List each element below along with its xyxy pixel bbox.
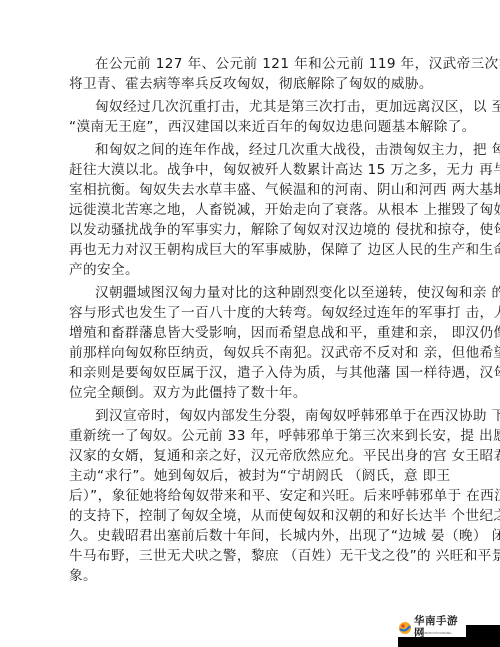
paragraph-1-line-1: 在公元前 127 年、公元前 121 年和公元前 119 年，汉武帝三次派 大	[95, 55, 500, 74]
paragraph-5-line-2: 重新统一了匈奴。公元前 33 年，呼韩邪单于第三次来到长安，提 出愿做	[69, 427, 500, 446]
paragraph-5-line-1: 到汉宣帝时，匈奴内部发生分裂，南匈奴呼韩邪单于在西汉协助 下，	[95, 407, 500, 426]
paragraph-2-line-1: 匈奴经过几次沉重打击，尤其是第三次打击，更加远离汉区，以 至	[95, 98, 500, 117]
paragraph-3-line-7: 产的安全。	[69, 261, 139, 280]
paragraph-5-line-9: 象。	[69, 567, 97, 586]
paragraph-3-line-6: 再也无力对汉王朝构成巨大的军事威胁，保障了 边区人民的生产和生命财	[69, 241, 500, 260]
paragraph-3-line-1: 和匈奴之间的连年作战，经过几次重大战役，击溃匈奴主力，把 匈奴	[95, 141, 500, 160]
site-watermark: 华南手游网 HUANANSHOUYOUWANG	[398, 618, 500, 647]
watermark-title: 华南手游网	[414, 615, 466, 639]
paragraph-3-line-3: 室相抗衡。匈奴失去水草丰盛、气候温和的河南、阴山和河西 两大基地，	[69, 181, 500, 200]
paragraph-5-line-5: 后）”，象征她将给匈奴带来和平、安定和兴旺。后来呼韩邪单于 在西汉	[69, 487, 500, 506]
paragraph-4-line-1: 汉朝疆域图汉匈力量对比的这种剧烈变化以至递转，使汉匈和亲 的内	[95, 284, 500, 303]
paragraph-3-line-4: 远徙漠北苦寒之地，人畜锐减，开始走向了衰落。从根本 上摧毁了匈奴赖	[69, 201, 500, 220]
paragraph-3-line-5: 以发动骚扰战争的军事实力，解除了匈奴对汉边境的 侵扰和掠夺，使匈奴	[69, 221, 500, 240]
paragraph-2-line-2: “漠南无王庭”，西汉建国以来近百年的匈奴边患问题基本解除了。	[69, 118, 476, 137]
paragraph-4-line-4: 前那样向匈奴称臣纳贡，匈奴兵不南犯。汉武帝不反对和 亲，但他希望的	[69, 344, 500, 363]
paragraph-3-line-2: 赶往大漠以北。战争中，匈奴被歼人数累计高达 15 万之多，无力 再与汉	[69, 161, 500, 180]
paragraph-4-line-5: 和亲则是要匈奴臣属于汉，遣子入侍为质，与其他藩 国一样待遇，汉匈地	[69, 364, 500, 383]
paragraph-1-line-2: 将卫青、霍去病等率兵反攻匈奴，彻底解除了匈奴的威胁。	[69, 75, 433, 94]
paragraph-5-line-6: 的支持下，控制了匈奴全境，从而使匈奴和汉朝的和好长达半 个世纪之	[69, 507, 500, 526]
gamepad-logo-icon	[398, 620, 412, 634]
paragraph-4-line-2: 容与形式也发生了一百八十度的大转弯。匈奴经过连年的军事打 击，人口	[69, 304, 500, 323]
watermark-subtitle: HUANANSHOUYOUWANG	[414, 631, 451, 635]
paragraph-4-line-3: 增殖和畜群藩息皆大受影响，因而希望息战和平，重建和亲， 即汉仍像以	[69, 324, 500, 343]
paragraph-5-line-4: 主动“求行”。她到匈奴后，被封为“宁胡阏氏 （阏氏，意 即王	[69, 467, 451, 486]
paragraph-5-line-7: 久。史载昭君出塞前后数十年间，长城内外，出现了“边城 晏（晚） 闭，	[69, 527, 500, 546]
paragraph-5-line-8: 牛马布野，三世无犬吠之警，黎庶 （百姓）无干戈之役”的 兴旺和平景	[69, 547, 500, 566]
paragraph-5-line-3: 汉家的女婿，复通和亲之好，汉元帝欣然应允。平民出身的宫 女王昭君，	[69, 447, 500, 466]
paragraph-4-line-6: 位完全颠倒。双方为此僵持了数十年。	[69, 384, 307, 403]
watermark-bar-right	[466, 625, 500, 637]
